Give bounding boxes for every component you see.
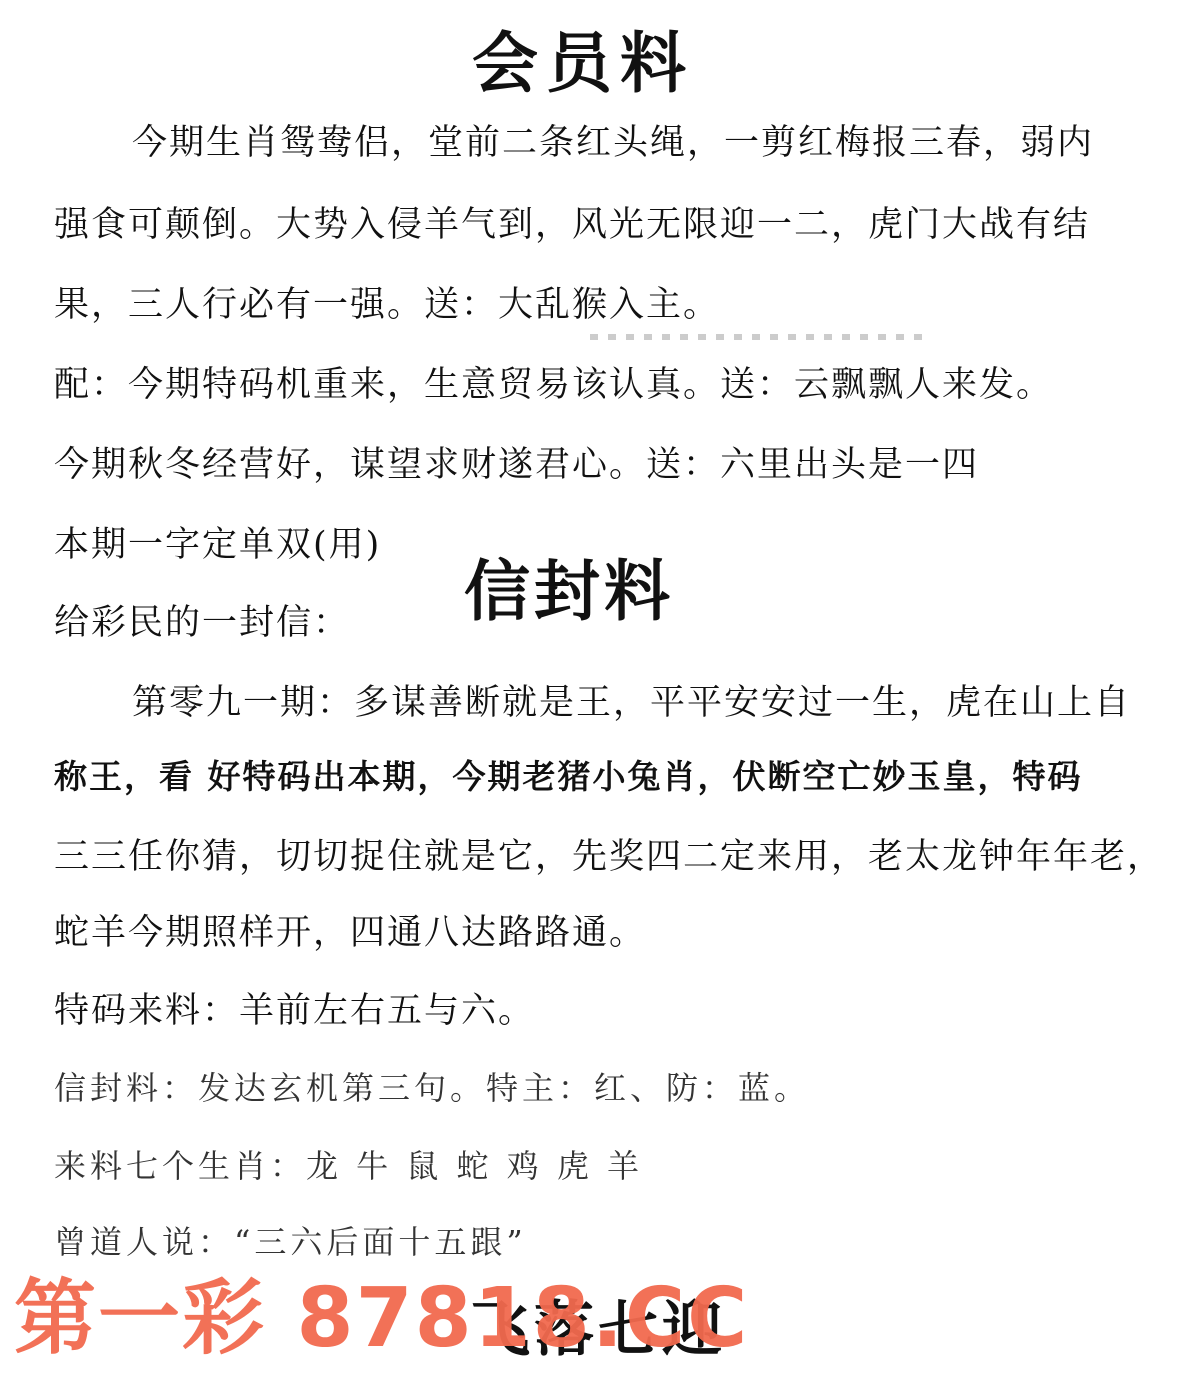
member-line-1: 今期生肖鸳鸯侣，堂前二条红头绳，一剪红梅报三春，弱内 [132, 126, 1094, 161]
site-watermark: 第一彩 87818.CC [14, 1278, 749, 1360]
document-page: 会员料 今期生肖鸳鸯侣，堂前二条红头绳，一剪红梅报三春，弱内 强食可颠倒。大势入… [0, 0, 1188, 1388]
member-line-6: 本期一字定单双(用) [54, 528, 381, 563]
envelope-line-1: 第零九一期：多谋善断就是王，平平安安过一生，虎在山上自 [132, 686, 1131, 721]
member-line-7: 给彩民的一封信： [54, 606, 350, 641]
member-line-2: 强食可颠倒。大势入侵羊气到，风光无限迎一二，虎门大战有结 [54, 208, 1090, 243]
envelope-line-4: 蛇羊今期照样开，四通八达路路通。 [54, 916, 646, 951]
envelope-line-3: 三三任你猜，切切捉住就是它，先奖四二定来用，老太龙钟年年老， [54, 840, 1164, 875]
envelope-line-6: 信封料：发达玄机第三句。特主：红、防：蓝。 [54, 1072, 810, 1104]
member-line-5: 今期秋冬经营好，谋望求财遂君心。送：六里出头是一四 [54, 448, 979, 483]
envelope-line-8: 曾道人说：“三六后面十五跟” [54, 1226, 527, 1258]
envelope-section-title: 信封料 [464, 558, 674, 624]
envelope-line-2: 称王，看 好特码出本期，今期老猪小兔肖，伏断空亡妙玉皇，特码 [54, 760, 1083, 793]
envelope-line-5: 特码来料：羊前左右五与六。 [54, 994, 535, 1029]
member-line-4: 配：今期特码机重来，生意贸易该认真。送：云飘飘人来发。 [54, 368, 1053, 403]
member-line-3: 果，三人行必有一强。送：大乱猴入主。 [54, 288, 720, 323]
member-section-title: 会员料 [472, 30, 694, 96]
envelope-line-7: 来料七个生肖：龙 牛 鼠 蛇 鸡 虎 羊 [54, 1150, 643, 1182]
scan-artifact [590, 334, 930, 340]
